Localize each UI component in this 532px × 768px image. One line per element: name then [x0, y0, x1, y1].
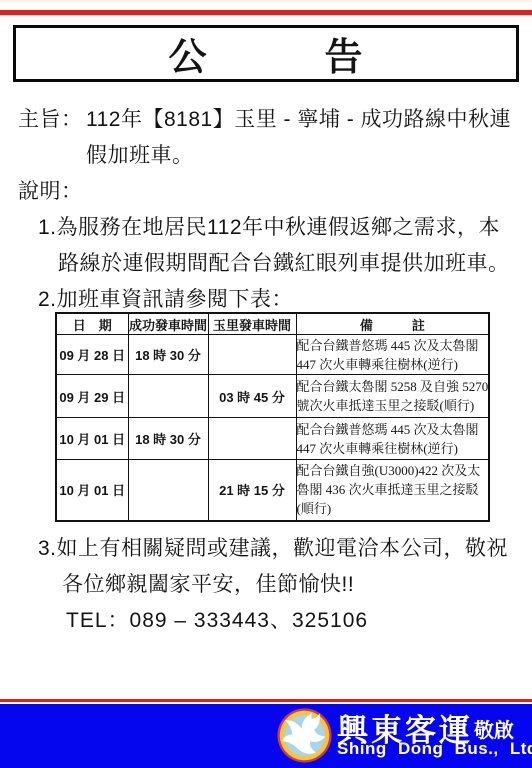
- dove-logo-icon: [276, 707, 333, 764]
- remark-cell: 配合台鐵自強(U3000)422 次及太 魯閣 436 次火車抵達玉里之接駁 (…: [296, 460, 489, 521]
- remark-line: 447 次火車轉乘往樹林(逆行): [297, 355, 489, 374]
- footer-red-stripe: [0, 699, 532, 702]
- yuli-time-cell: 03 時 45 分: [208, 375, 296, 418]
- col-header-chenggong-departure: 成功發車時間: [128, 313, 208, 335]
- top-faint-line: [0, 0, 532, 2]
- item1-line-1: 1.為服務在地居民112年中秋連假返鄉之需求，本: [38, 210, 523, 246]
- table-header-row: 日 期 成功發車時間 玉里發車時間 備 註: [56, 313, 489, 335]
- table-row: 09 月 29 日 03 時 45 分 配合台鐵太魯閣 5258 及自強 527…: [56, 375, 489, 418]
- subject-text: 112年【8181】玉里 - 寧埔 - 成功路線中秋連: [86, 108, 511, 131]
- col-header-date: 日 期: [56, 313, 128, 335]
- notice-body: 主旨：112年【8181】玉里 - 寧埔 - 成功路線中秋連 假加班車。 說明：…: [18, 102, 523, 318]
- table-row: 09 月 28 日 18 時 30 分 配合台鐵普悠瑪 445 次及太魯閣 44…: [56, 335, 489, 375]
- remark-line: 447 次火車轉乘往樹林(逆行): [297, 439, 489, 458]
- remark-cell: 配合台鐵普悠瑪 445 次及太魯閣 447 次火車轉乘往樹林(逆行): [296, 335, 489, 375]
- date-cell: 10 月 01 日: [56, 460, 128, 521]
- table-row: 10 月 01 日 21 時 15 分 配合台鐵自強(U3000)422 次及太…: [56, 460, 489, 521]
- remark-line: (順行): [297, 499, 489, 518]
- footer-banner: 興東客運 敬啟 Shing Dong Bus., Ltd.: [0, 704, 532, 768]
- top-red-stripe: [0, 10, 532, 15]
- chenggong-time-cell: [128, 460, 208, 521]
- remark-line: 配合台鐵自強(U3000)422 次及太: [297, 461, 489, 480]
- notice-title-box: 公 告: [13, 25, 519, 82]
- remark-line: 號次火車抵達玉里之接駁(順行): [297, 396, 489, 415]
- remark-cell: 配合台鐵普悠瑪 445 次及太魯閣 447 次火車轉乘往樹林(逆行): [296, 418, 489, 460]
- telephone-line: TEL：089 – 333443、325106: [66, 603, 523, 639]
- col-header-remarks: 備 註: [296, 313, 489, 335]
- subject-label: 主旨：: [18, 102, 86, 138]
- col-header-yuli-departure: 玉里發車時間: [208, 313, 296, 335]
- remark-line: 魯閣 436 次火車抵達玉里之接駁: [297, 480, 489, 499]
- notice-page: 公 告 主旨：112年【8181】玉里 - 寧埔 - 成功路線中秋連 假加班車。…: [0, 0, 532, 768]
- item3-line-1: 3.如上有相關疑問或建議，歡迎電洽本公司，敬祝: [38, 531, 523, 567]
- remark-line: 配合台鐵普悠瑪 445 次及太魯閣: [297, 420, 489, 439]
- date-cell: 09 月 28 日: [56, 335, 128, 375]
- subject-line-2: 假加班車。: [86, 138, 523, 174]
- company-name-en: Shing Dong Bus., Ltd.: [337, 739, 532, 759]
- notice-title: 公 告: [168, 26, 363, 81]
- remark-line: 配合台鐵普悠瑪 445 次及太魯閣: [297, 336, 489, 355]
- yuli-time-cell: [208, 335, 296, 375]
- yuli-time-cell: 21 時 15 分: [208, 460, 296, 521]
- chenggong-time-cell: [128, 375, 208, 418]
- subject-line-1: 主旨：112年【8181】玉里 - 寧埔 - 成功路線中秋連: [18, 102, 523, 138]
- chenggong-time-cell: 18 時 30 分: [128, 335, 208, 375]
- date-cell: 09 月 29 日: [56, 375, 128, 418]
- yuli-time-cell: [208, 418, 296, 460]
- chenggong-time-cell: 18 時 30 分: [128, 418, 208, 460]
- table-row: 10 月 01 日 18 時 30 分 配合台鐵普悠瑪 445 次及太魯閣 44…: [56, 418, 489, 460]
- remark-cell: 配合台鐵太魯閣 5258 及自強 5270 號次火車抵達玉里之接駁(順行): [296, 375, 489, 418]
- item3-line-2: 各位鄉親闔家平安，佳節愉快!!: [62, 567, 523, 603]
- extra-bus-schedule-table: 日 期 成功發車時間 玉里發車時間 備 註 09 月 28 日 18 時 30 …: [55, 312, 490, 522]
- explanation-label: 說明：: [18, 174, 523, 210]
- date-cell: 10 月 01 日: [56, 418, 128, 460]
- remark-line: 配合台鐵太魯閣 5258 及自強 5270: [297, 377, 489, 396]
- closing-remarks: 3.如上有相關疑問或建議，歡迎電洽本公司，敬祝 各位鄉親闔家平安，佳節愉快!! …: [18, 531, 523, 639]
- item1-line-2: 路線於連假期間配合台鐵紅眼列車提供加班車。: [58, 246, 523, 282]
